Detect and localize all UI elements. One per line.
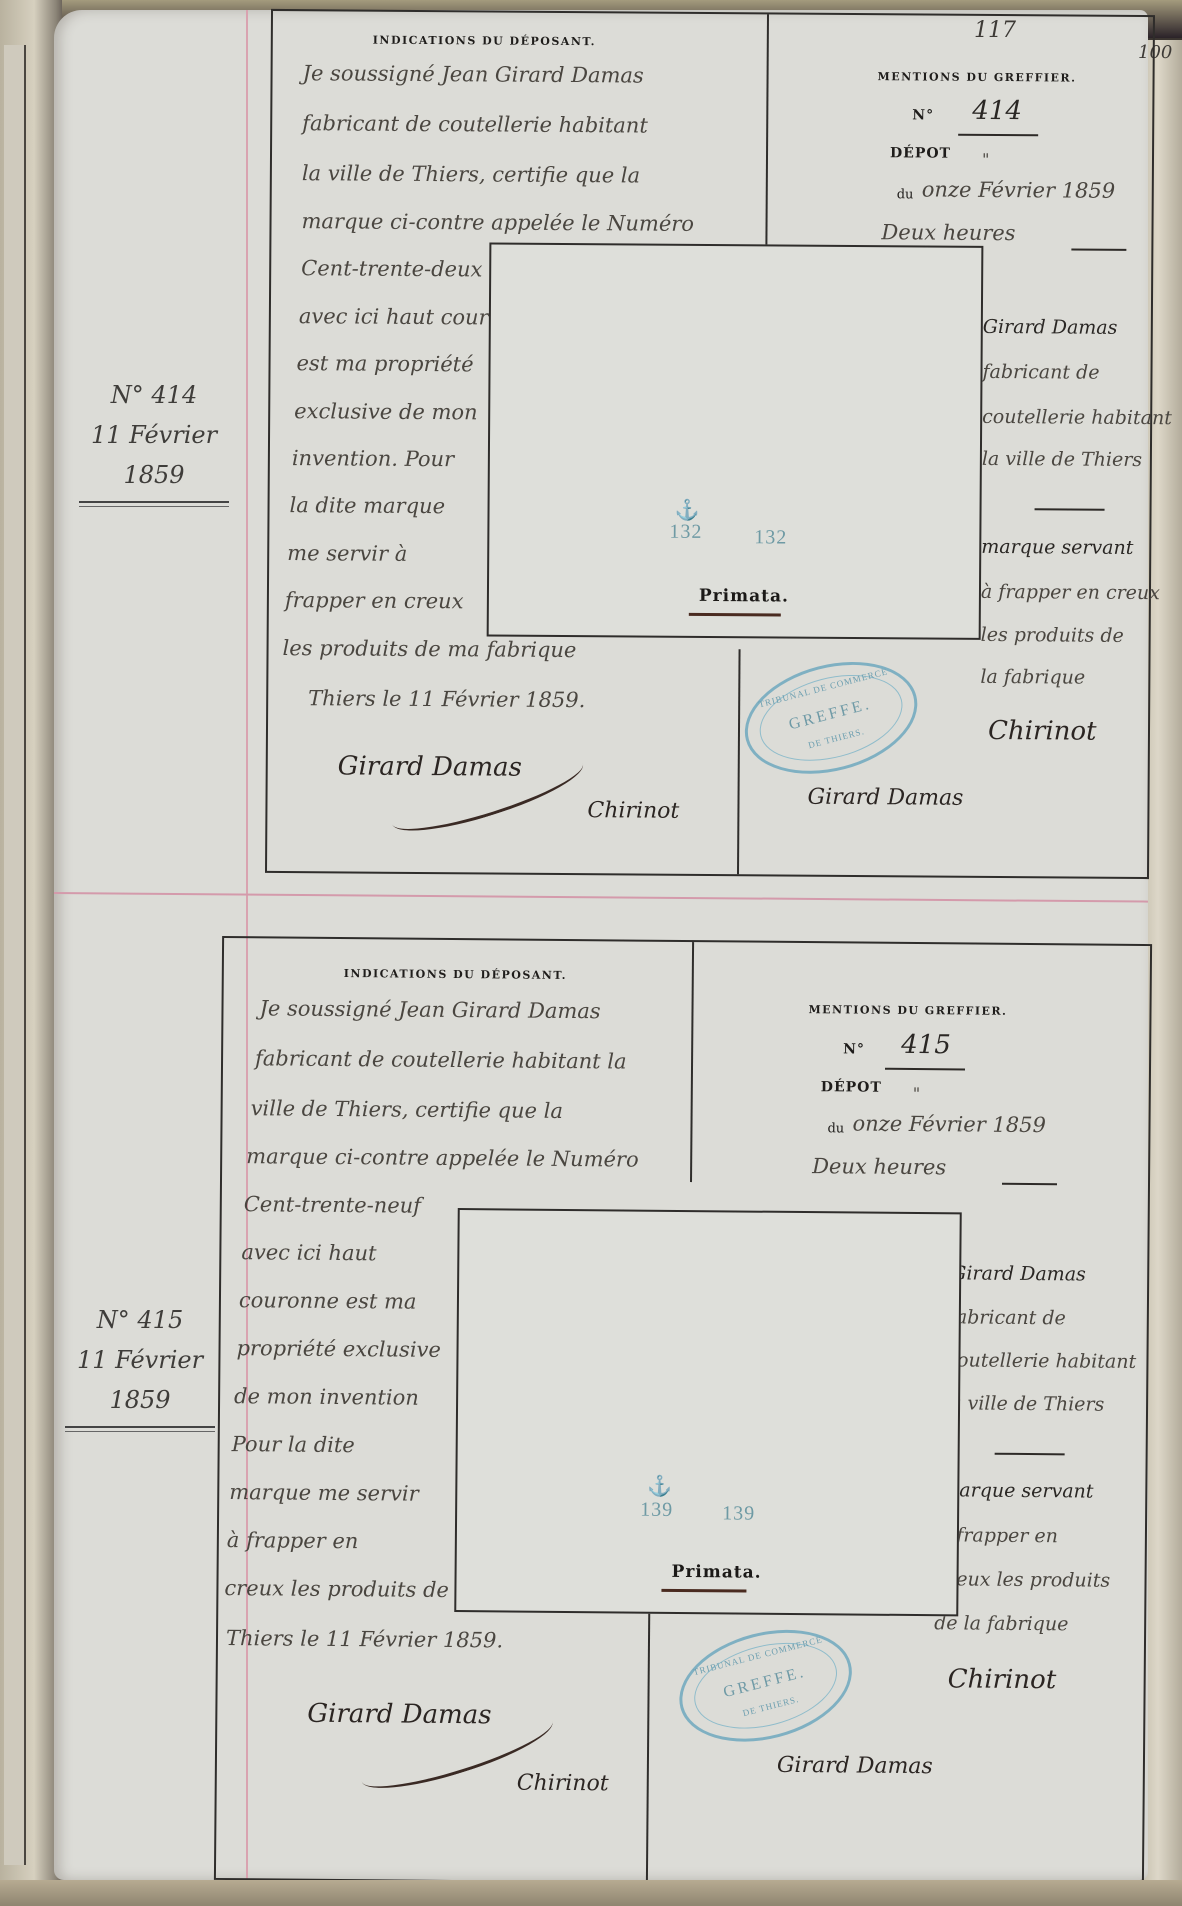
column-divider-bottom — [646, 1612, 650, 1882]
clerk-header: MENTIONS DU GREFFIER. — [808, 1003, 1007, 1018]
margin-note-date: 11 Février 1859 — [50, 1340, 230, 1420]
depositor-line: la dite marque — [289, 493, 445, 518]
depositor-line: propriété exclusive — [236, 1336, 441, 1362]
depositor-line: les produits de ma fabrique — [282, 636, 576, 662]
greffe-stamp: TRIBUNAL DE COMMERCE GREFFE. DE THIERS. — [667, 1612, 864, 1759]
clerk-separator — [1035, 508, 1105, 510]
crown-anchor-icon: ⚓ — [674, 498, 699, 523]
depositor-line: de mon invention — [234, 1384, 419, 1410]
clerk-depositor-name: Girard Damas — [951, 1262, 1086, 1285]
depositor-line: fabricant de coutellerie habitant la — [255, 1046, 627, 1073]
clerk-line: coutellerie habitant — [946, 1349, 1136, 1373]
depositor-date-line: Thiers le 11 Février 1859. — [308, 686, 585, 712]
depositor-header: INDICATIONS DU DÉPOSANT. — [344, 967, 567, 982]
deposit-date: onze Février 1859 — [922, 177, 1116, 202]
depositor-line: ville de Thiers, certifie que la — [251, 1096, 564, 1123]
number-underline — [885, 1068, 965, 1071]
deposit-time: Deux heures — [881, 220, 1015, 245]
column-divider-top — [690, 942, 694, 1182]
clerk-usage-line: les produits de — [981, 624, 1124, 647]
depositor-line: invention. Pour — [292, 446, 454, 471]
clerk-column-depositor-signature: Girard Damas — [807, 785, 963, 811]
trademark-box: ⚓ 132 132 Primata. — [487, 242, 984, 639]
depositor-line: Cent-trente-deux — [301, 256, 482, 281]
clerk-usage-line: la fabrique — [980, 666, 1085, 689]
deposit-mark: " — [982, 150, 989, 169]
clerk-signature-bottom: Chirinot — [587, 798, 679, 824]
register-page: 117 100 N° 414 11 Février 1859 INDICATIO… — [54, 10, 1148, 1880]
margin-note-entry-415: N° 415 11 Février 1859 — [50, 1300, 230, 1432]
depositor-line: fabricant de coutellerie habitant — [302, 111, 648, 137]
depositor-line: marque ci-contre appelée le Numéro — [301, 209, 694, 236]
clerk-header: MENTIONS DU GREFFIER. — [878, 70, 1077, 84]
depositor-line: exclusive de mon — [294, 399, 478, 424]
clerk-number-value: 414 — [972, 96, 1022, 126]
entry-414: INDICATIONS DU DÉPOSANT. MENTIONS DU GRE… — [265, 9, 1155, 879]
clerk-usage-line: marque servant — [941, 1479, 1093, 1502]
margin-note-number: N° 414 — [64, 375, 244, 415]
clerk-line: fabricant de — [949, 1306, 1066, 1329]
column-divider-bottom — [737, 649, 741, 874]
margin-note-number: N° 415 — [50, 1300, 230, 1340]
depositor-line: est ma propriété — [296, 351, 473, 376]
deposit-mark: " — [913, 1084, 921, 1103]
depositor-header: INDICATIONS DU DÉPOSANT. — [373, 34, 596, 49]
depositor-date-line: Thiers le 11 Février 1859. — [226, 1626, 503, 1652]
mark-name: Primata. — [672, 1562, 762, 1583]
margin-note-date: 11 Février 1859 — [64, 415, 244, 495]
number-underline — [958, 134, 1038, 137]
depositor-line: frapper en creux — [285, 588, 464, 613]
margin-line-horizontal — [54, 892, 1148, 903]
clerk-separator — [995, 1453, 1065, 1456]
clerk-signature: Chirinot — [988, 716, 1097, 747]
mark-name-underline — [661, 1589, 746, 1593]
entry-415: INDICATIONS DU DÉPOSANT. MENTIONS DU GRE… — [214, 936, 1152, 1888]
clerk-signature-bottom: Chirinot — [517, 1771, 609, 1797]
clerk-signature: Chirinot — [948, 1664, 1057, 1695]
depositor-signature: Girard Damas — [307, 1699, 491, 1731]
depositor-line: Je soussigné Jean Girard Damas — [259, 996, 600, 1023]
greffe-stamp: TRIBUNAL DE COMMERCE GREFFE. DE THIERS. — [733, 644, 930, 791]
column-divider-top — [765, 14, 769, 254]
depositor-line: la ville de Thiers, certifie que la — [302, 161, 640, 187]
deposit-date: onze Février 1859 — [852, 1111, 1046, 1137]
depositor-line: me servir à — [287, 541, 407, 566]
time-rule — [1002, 1183, 1057, 1185]
date-prefix: du — [897, 187, 914, 202]
depositor-line: Je soussigné Jean Girard Damas — [302, 61, 643, 87]
previous-page-edge — [4, 45, 26, 1865]
depositor-line: Pour la dite — [232, 1432, 355, 1457]
clerk-number-label: N° — [912, 107, 934, 123]
book-left-edge — [0, 0, 62, 1906]
clerk-line: fabricant de — [982, 361, 1099, 384]
mark-name: Primata. — [699, 586, 789, 607]
mark-number-right: 139 — [722, 1502, 755, 1525]
clerk-depositor-name: Girard Damas — [983, 316, 1118, 339]
clerk-number-value: 415 — [901, 1030, 951, 1060]
deposit-label: DÉPOT — [890, 145, 951, 161]
clerk-number-label: N° — [843, 1041, 865, 1057]
crown-anchor-icon: ⚓ — [647, 1474, 672, 1499]
depositor-line: couronne est ma — [239, 1288, 417, 1314]
clerk-usage-line: creux les produits — [936, 1568, 1110, 1592]
clerk-line: la ville de Thiers — [944, 1392, 1104, 1415]
time-rule — [1071, 249, 1126, 251]
clerk-line: la ville de Thiers — [982, 448, 1142, 471]
margin-note-rule — [65, 1426, 215, 1432]
mark-number-right: 132 — [754, 526, 787, 549]
depositor-line: à frapper en — [227, 1528, 359, 1553]
mark-name-underline — [689, 613, 781, 617]
clerk-column-depositor-signature: Girard Damas — [777, 1753, 933, 1779]
mark-number-left: 139 — [640, 1499, 673, 1522]
deposit-label: DÉPOT — [821, 1079, 882, 1096]
trademark-box: ⚓ 139 139 Primata. — [454, 1208, 962, 1616]
date-prefix: du — [827, 1121, 844, 1136]
mark-number-left: 132 — [669, 521, 702, 544]
clerk-line: coutellerie habitant — [982, 406, 1172, 429]
book-bottom-edge — [0, 1880, 1182, 1906]
depositor-line: avec ici haut — [241, 1240, 376, 1265]
depositor-line: Cent-trente-neuf — [244, 1192, 421, 1218]
margin-note-entry-414: N° 414 11 Février 1859 — [64, 375, 244, 507]
margin-note-rule — [79, 501, 229, 507]
depositor-line: marque me servir — [229, 1480, 419, 1506]
depositor-line: marque ci-contre appelée le Numéro — [246, 1144, 639, 1171]
deposit-time: Deux heures — [812, 1154, 946, 1179]
clerk-usage-line: marque servant — [981, 536, 1133, 559]
clerk-usage-line: à frapper en creux — [981, 581, 1160, 604]
